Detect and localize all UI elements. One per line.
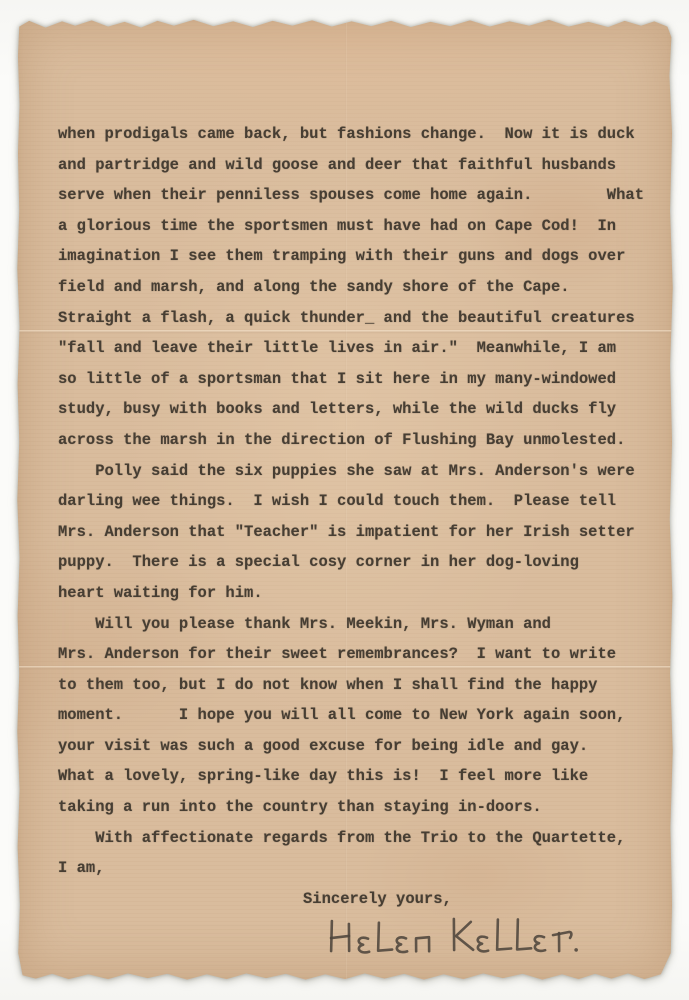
letter-line: to them too, but I do not know when I sh… <box>58 670 658 701</box>
letter-paper-wrap: when prodigals came back, but fashions c… <box>16 18 674 982</box>
letter-line: across the marsh in the direction of Flu… <box>58 425 658 456</box>
letter-line: What a lovely, spring-like day this is! … <box>58 761 658 792</box>
letter-body: when prodigals came back, but fashions c… <box>58 119 658 884</box>
letter-line: Will you please thank Mrs. Meekin, Mrs. … <box>58 609 658 640</box>
letter-line: Straight a flash, a quick thunder_ and t… <box>58 303 658 334</box>
letter-line: so little of a sportsman that I sit here… <box>58 364 658 395</box>
letter-line: field and marsh, and along the sandy sho… <box>58 272 658 303</box>
scanned-letter-background: when prodigals came back, but fashions c… <box>0 0 689 1000</box>
signature <box>324 909 580 960</box>
letter-line: Mrs. Anderson that "Teacher" is impatien… <box>58 517 658 548</box>
letter-line: study, busy with books and letters, whil… <box>58 394 658 425</box>
letter-line: imagination I see them tramping with the… <box>58 241 658 272</box>
letter-paper: when prodigals came back, but fashions c… <box>16 18 674 982</box>
letter-line: "fall and leave their little lives in ai… <box>58 333 658 364</box>
letter-line: serve when their penniless spouses come … <box>58 180 658 211</box>
letter-line: taking a run into the country than stayi… <box>58 792 658 823</box>
letter-line: puppy. There is a special cosy corner in… <box>58 547 658 578</box>
letter-line: your visit was such a good excuse for be… <box>58 731 658 762</box>
letter-text-block: when prodigals came back, but fashions c… <box>58 119 658 914</box>
letter-line: With affectionate regards from the Trio … <box>58 823 658 854</box>
letter-line: a glorious time the sportsmen must have … <box>58 211 658 242</box>
letter-line: and partridge and wild goose and deer th… <box>58 150 658 181</box>
letter-line: when prodigals came back, but fashions c… <box>58 119 658 150</box>
letter-line: moment. I hope you will all come to New … <box>58 700 658 731</box>
letter-line: darling wee things. I wish I could touch… <box>58 486 658 517</box>
letter-line: Polly said the six puppies she saw at Mr… <box>58 456 658 487</box>
letter-line: I am, <box>58 853 658 884</box>
letter-line: Mrs. Anderson for their sweet remembranc… <box>58 639 658 670</box>
letter-line: heart waiting for him. <box>58 578 658 609</box>
